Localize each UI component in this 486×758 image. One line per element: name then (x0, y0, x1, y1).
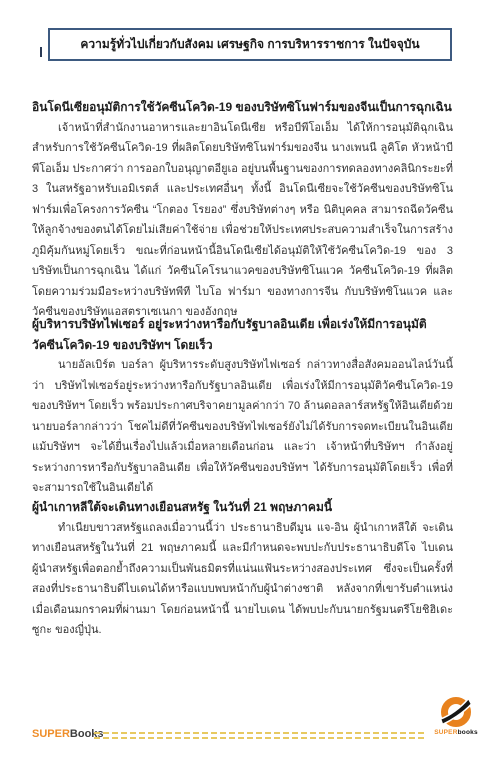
news-heading: ผู้บริหารบริษัทไฟเซอร์ อยู่ระหว่างหารือก… (32, 314, 453, 355)
text-cursor-mark (40, 47, 42, 57)
logo-swoosh-icon (440, 695, 472, 728)
news-section-indonesia: อินโดนีเซียอนุมัติการใช้วัคซีนโควิด-19 ข… (32, 97, 453, 323)
news-paragraph: นายอัลเบิร์ต บอร์ลา ผู้บริหารระดับสูงบริ… (32, 355, 453, 499)
page-title: ความรู้ทั่วไปเกี่ยวกับสังคม เศรษฐกิจ การ… (80, 37, 419, 51)
logo-wordmark-books: books (458, 729, 478, 736)
header-box: ความรู้ทั่วไปเกี่ยวกับสังคม เศรษฐกิจ การ… (48, 28, 452, 61)
footer-divider-line (94, 732, 426, 739)
news-heading: ผู้นำเกาหลีใต้จะเดินทางเยือนสหรัฐ ในวันท… (32, 497, 453, 518)
news-section-korea: ผู้นำเกาหลีใต้จะเดินทางเยือนสหรัฐ ในวันท… (32, 497, 453, 641)
logo-wordmark: SUPERbooks (434, 729, 478, 736)
document-page: ความรู้ทั่วไปเกี่ยวกับสังคม เศรษฐกิจ การ… (0, 0, 486, 758)
news-section-pfizer: ผู้บริหารบริษัทไฟเซอร์ อยู่ระหว่างหารือก… (32, 314, 453, 499)
footer-brand-super: SUPER (32, 728, 70, 740)
logo-wordmark-super: SUPER (434, 729, 457, 736)
news-heading: อินโดนีเซียอนุมัติการใช้วัคซีนโควิด-19 ข… (32, 97, 453, 118)
news-paragraph: ทำเนียบขาวสหรัฐแถลงเมื่อวานนี้ว่า ประธาน… (32, 518, 453, 641)
news-paragraph: เจ้าหน้าที่สำนักงานอาหารและยาอินโดนีเซีย… (32, 118, 453, 323)
footer-brand-superbooks: SUPERBooks (32, 728, 104, 740)
superbooks-logo: SUPERbooks (436, 695, 476, 736)
